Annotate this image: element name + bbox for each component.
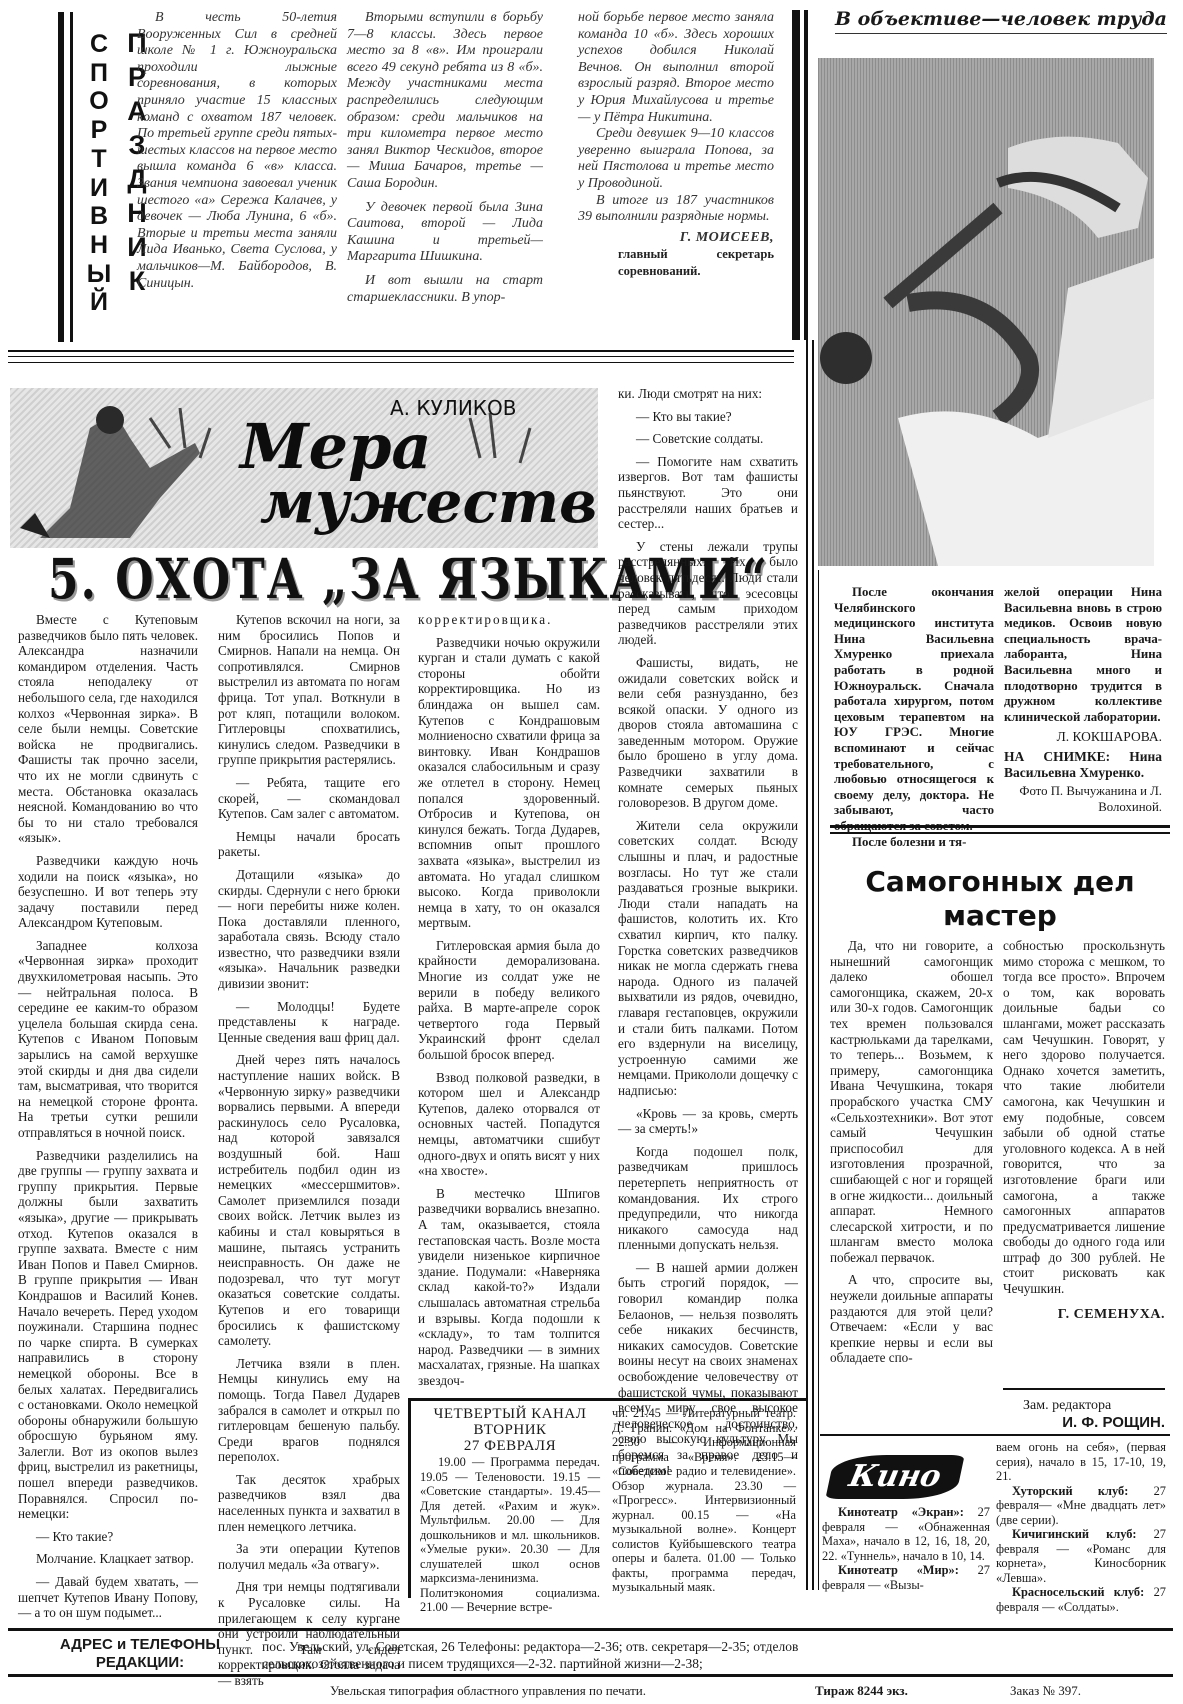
paragraph: Кутепов вскочил на ноги, за ним бросилис… <box>218 612 400 768</box>
venue-name: Кичигинский клуб: <box>996 1527 1137 1541</box>
section-divider <box>8 362 794 363</box>
photo-credit: Фото П. Вычужанина и Л. Волохиной. <box>1004 784 1162 815</box>
paragraph: «Кровь — за кровь, смерть — за смерть!» <box>618 1106 798 1137</box>
paragraph: В итоге из 187 участников 39 выполнили р… <box>578 193 774 226</box>
paragraph: И вот вышли на старт старшеклассники. В … <box>347 273 543 306</box>
author-signature: Л. КОКШАРОВА. <box>1004 729 1162 745</box>
address-line: пос. Увельский, ул. Советская, 26 Телефо… <box>262 1638 1162 1655</box>
paragraph: После болезни и тя- <box>834 835 994 851</box>
paragraph: В местечко Шпигов разведчики ворвались в… <box>418 1186 600 1389</box>
tv-schedule: чи. 21.45 — Литературный театр. Д. Грани… <box>612 1406 796 1595</box>
venue-name: Хуторский клуб: <box>996 1484 1128 1498</box>
section-divider <box>8 356 794 357</box>
kino-listing: Красносельский клуб: 27 февраля — «Солда… <box>996 1585 1166 1614</box>
circulation: Тираж 8244 экз. <box>815 1683 908 1699</box>
title-line: мастер <box>830 899 1170 933</box>
venue-name: Красносельский клуб: <box>996 1585 1144 1599</box>
tv-program-col1: 19.00 — Программа передач. 19.05 — Телен… <box>420 1455 600 1615</box>
paragraph: У стены лежали трупы расстрелянных. Их б… <box>618 539 798 648</box>
column-divider <box>812 340 814 1590</box>
decorative-rule <box>58 12 64 342</box>
moonshine-article-title: Самогонных дел мастер <box>830 865 1170 933</box>
paragraph: Дотащили «языка» до скирды. Сдернули с н… <box>218 867 400 992</box>
address-label: АДРЕС и ТЕЛЕФОНЫ РЕДАКЦИИ: <box>40 1636 240 1672</box>
kino-listing: Кинотеатр «Экран»: 27 февраля — «Обнажен… <box>822 1505 990 1563</box>
paragraph: — Кто такие? <box>18 1529 198 1545</box>
photo-caption-na-snimke: НА СНИМКЕ: Нина Васильевна Хмуренко. <box>1004 749 1162 780</box>
paragraph: Разведчики разделились на две группы — г… <box>18 1148 198 1522</box>
venue-name: Кинотеатр «Экран»: <box>822 1505 964 1519</box>
address-line: сельскохозяйственного и писем трудящихся… <box>262 1655 1162 1672</box>
paragraph: — Давай будем хватать, — шепчет Кутепов … <box>18 1574 198 1621</box>
war-article-col2: Кутепов вскочил на ноги, за ним бросилис… <box>218 612 400 1689</box>
paragraph: После окончания Челябинского медицинског… <box>834 585 994 835</box>
address-label-line: РЕДАКЦИИ: <box>40 1654 240 1672</box>
paragraph: Немцы начали бросать ракеты. <box>218 829 400 860</box>
footer-divider <box>8 1628 1173 1631</box>
vertical-letter: Ы <box>82 260 116 289</box>
paragraph: Молчание. Клацкает затвор. <box>18 1551 198 1567</box>
paragraph: У девочек первой была Зина Саитова, втор… <box>347 200 543 266</box>
paragraph: Гитлеровская армия была до крайности дем… <box>418 938 600 1063</box>
kino-logo: Кино <box>825 1455 964 1499</box>
paragraph: ки. Люди смотрят на них: <box>618 386 798 402</box>
column-divider <box>792 10 800 340</box>
paragraph: Дня три немцы подтягивали к Русаловке си… <box>218 1579 400 1688</box>
paragraph: Разведчики ночью окружили курган и стали… <box>418 635 600 931</box>
deputy-editor-label: Зам. редактора <box>1003 1398 1165 1414</box>
paragraph: Да, что ни говорите, а нынешний самогонщ… <box>830 938 993 1265</box>
paragraph: Взвод полковой разведки, в котором шел и… <box>418 1070 600 1179</box>
paragraph: Когда подошел полк, разведчикам пришлось… <box>618 1144 798 1253</box>
paragraph: корректировщика. <box>418 612 600 628</box>
war-article-banner: А. КУЛИКОВ Мера мужества <box>10 388 598 548</box>
title-line: Самогонных дел <box>830 865 1170 899</box>
tv-schedule: 19.00 — Программа передач. 19.05 — Телен… <box>420 1455 600 1615</box>
sport-article-col1: В честь 50-летия Вооруженных Сил в средн… <box>137 10 337 292</box>
deputy-editor: Зам. редактора И. Ф. РОЩИН. <box>1003 1398 1165 1431</box>
section-divider <box>8 350 794 352</box>
kino-listing: Хуторский клуб: 27 февраля— «Мне двадцат… <box>996 1484 1166 1528</box>
kino-listing: Кинотеатр «Мир»: 27 февраля — «Вызы- <box>822 1563 990 1592</box>
showtimes: ваем огонь на себя», (первая серия), нач… <box>996 1440 1166 1483</box>
war-article-col3: корректировщика.Разведчики ночью окружил… <box>418 612 600 1389</box>
vertical-letter: В <box>82 202 116 231</box>
venue-name: Кинотеатр «Мир»: <box>822 1563 959 1577</box>
kino-listing: ваем огонь на себя», (первая серия), нач… <box>996 1440 1166 1484</box>
paragraph: собностью проскользнуть мимо сторожа с м… <box>1003 938 1165 1297</box>
war-article-col4: ки. Люди смотрят на них:— Кто вы такие?—… <box>618 386 798 1478</box>
paragraph: Западнее колхоза «Червонная зирка» прохо… <box>18 938 198 1141</box>
paragraph: А что, спросите вы, неужели доильные апп… <box>830 1272 993 1366</box>
tv-weekday: ВТОРНИК <box>420 1422 600 1438</box>
divider <box>1003 1388 1165 1390</box>
series-title-line2: мужества <box>260 468 598 536</box>
moonshine-col1: Да, что ни говорите, а нынешний самогонщ… <box>830 938 993 1366</box>
paragraph: Жители села окружили советских солдат. В… <box>618 818 798 1099</box>
deputy-editor-name: И. Ф. РОЩИН. <box>1003 1414 1165 1431</box>
vertical-letter: Й <box>82 288 116 317</box>
sport-article-col2: Вторыми вступили в борьбу 7—8 классы. Зд… <box>347 10 543 306</box>
paragraph: Разведчики каждую ночь ходили на поиск «… <box>18 853 198 931</box>
tv-date: 27 ФЕВРАЛЯ <box>420 1438 600 1454</box>
vertical-letter: О <box>82 87 116 116</box>
tv-program-col2: чи. 21.45 — Литературный театр. Д. Грани… <box>612 1406 796 1595</box>
vertical-letter: П <box>82 59 116 88</box>
paragraph: желой операции Нина Васильевна вновь в с… <box>1004 585 1162 725</box>
vertical-letter: Н <box>82 231 116 260</box>
order-number: Заказ № 397. <box>1010 1683 1081 1699</box>
author-role: главный секретарь соревнований. <box>578 246 774 279</box>
section-divider <box>820 1434 1170 1436</box>
paragraph: Вторыми вступили в борьбу 7—8 классы. Зд… <box>347 10 543 193</box>
footer-divider <box>8 1674 1173 1677</box>
paragraph: — Советские солдаты. <box>618 431 798 447</box>
decorative-rule <box>70 12 73 342</box>
paragraph: Летчика взяли в плен. Немцы кинулись ему… <box>218 1356 400 1465</box>
vertical-letter: И <box>82 174 116 203</box>
paragraph: Фашисты, видать, не ожидали советских во… <box>618 655 798 811</box>
photo-caption-col1: После окончания Челябинского медицинског… <box>834 585 994 850</box>
column-divider <box>806 340 808 1590</box>
paragraph: — Кто вы такие? <box>618 409 798 425</box>
kino-col1: Кинотеатр «Экран»: 27 февраля — «Обнажен… <box>822 1505 990 1592</box>
printer-info: Увельская типография областного управлен… <box>330 1683 646 1699</box>
vertical-letter: С <box>82 30 116 59</box>
vertical-letter: Р <box>82 116 116 145</box>
paragraph: Среди девушек 9—10 классов уверенно выиг… <box>578 126 774 192</box>
section-divider <box>830 825 1170 828</box>
paragraph: Так десяток храбрых разведчиков взял два… <box>218 1472 400 1534</box>
author-signature: Г. СЕМЕНУХА. <box>1003 1307 1165 1323</box>
paragraph: — Помогите нам схватить извергов. Вот та… <box>618 454 798 532</box>
microscope-photo-image <box>818 58 1154 566</box>
moonshine-col2: собностью проскользнуть мимо сторожа с м… <box>1003 938 1165 1322</box>
paragraph: — Ребята, тащите его скорей, — скомандов… <box>218 775 400 822</box>
paragraph: — Молодцы! Будете представлены к награде… <box>218 999 400 1046</box>
paragraph: Дней через пять началось наступление наш… <box>218 1052 400 1348</box>
column-divider <box>804 10 808 340</box>
vertical-title-sportivny: СПОРТИВНЫЙ <box>82 30 116 317</box>
photo-caption-col2: желой операции Нина Васильевна вновь в с… <box>1004 585 1162 815</box>
column-divider <box>818 570 819 1590</box>
section-divider <box>830 832 1170 834</box>
paragraph: В честь 50-летия Вооруженных Сил в средн… <box>137 10 337 292</box>
war-article-col1: Вместе с Кутеповым разведчиков было пять… <box>18 612 198 1621</box>
address-label-line: АДРЕС и ТЕЛЕФОНЫ <box>40 1636 240 1654</box>
doctor-photo <box>818 58 1154 566</box>
paragraph: ной борьбе первое место заняла команда 1… <box>578 10 774 126</box>
kino-listing: Кичигинский клуб: 27 февраля — «Романс д… <box>996 1527 1166 1585</box>
tv-program-header: ЧЕТВЕРТЫЙ КАНАЛ ВТОРНИК 27 ФЕВРАЛЯ <box>420 1406 600 1454</box>
tv-channel: ЧЕТВЕРТЫЙ КАНАЛ <box>420 1406 600 1422</box>
photo-section-header: В объективе—человек труда <box>835 8 1167 34</box>
author-signature: Г. МОИСЕЕВ, <box>578 230 774 247</box>
paragraph: Вместе с Кутеповым разведчиков было пять… <box>18 612 198 846</box>
vertical-letter: Т <box>82 145 116 174</box>
sport-article-col3: ной борьбе первое место заняла команда 1… <box>578 10 774 280</box>
tv-box-border <box>408 1398 411 1598</box>
kino-col2: ваем огонь на себя», (первая серия), нач… <box>996 1440 1166 1614</box>
tv-box-border <box>408 1398 808 1401</box>
address-text: пос. Увельский, ул. Советская, 26 Телефо… <box>262 1638 1162 1672</box>
paragraph: За эти операции Кутепов получил медаль «… <box>218 1541 400 1572</box>
